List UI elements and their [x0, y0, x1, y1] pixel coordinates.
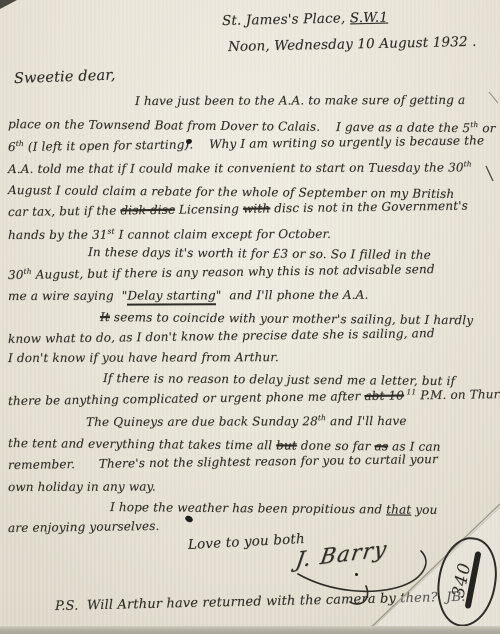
salutation: Sweetie dear, [14, 68, 116, 87]
letter-line: August I could claim a rebate for the wh… [8, 184, 454, 201]
letter-line: The Quineys are due back Sunday 28th and… [86, 414, 407, 429]
ink-blot [355, 573, 358, 576]
letter-line: A.A. told me that if I could make it con… [8, 160, 472, 176]
letter-body: St. James's Place, S.W.1Noon, Wednesday … [0, 0, 500, 634]
letter-line: In these days it's worth it for £3 or so… [88, 246, 431, 262]
letter-line: I hope the weather has been propitious a… [110, 501, 438, 517]
scan-corner-artifact [0, 0, 17, 9]
letter-line: me a wire saying "Delay starting" and I'… [8, 289, 368, 303]
date-line: Noon, Wednesday 10 August 1932 . [228, 35, 477, 55]
letter-line: are enjoying yourselves. [8, 520, 160, 535]
letter-line: If there is no reason to delay just send… [103, 372, 455, 388]
paper-bottom-edge [0, 626, 500, 634]
signature: J. Barry [294, 537, 389, 572]
letter-page: St. James's Place, S.W.1Noon, Wednesday … [0, 0, 500, 634]
letter-line: I don't know if you have heard from Arth… [8, 351, 279, 365]
postscript: P.S. Will Arthur have returned with the … [55, 591, 466, 615]
letter-line: 30th August, but if there is any reason … [8, 262, 435, 282]
valediction: Love to you both [188, 532, 305, 553]
letter-line: place on the Townsend Boat from Dover to… [8, 117, 496, 135]
address-line-1: St. James's Place, S.W.1 [222, 11, 388, 29]
letter-line: I have just been to the A.A. to make sur… [135, 94, 465, 108]
letter-line: know what to do, as I don't know the pre… [8, 327, 435, 346]
letter-line: hands by the 31st I cannot claim except … [8, 227, 331, 242]
letter-line: 6th (I left it open for starting). Why I… [8, 133, 484, 154]
letter-line: It seems to coincide with your mother's … [100, 311, 473, 327]
letter-line: the tent and everything that takes time … [8, 437, 441, 454]
letter-line: own holiday in any way. [8, 480, 156, 494]
letter-line: there be anything complicated or urgent … [8, 387, 500, 408]
letter-line: car tax, but if the disk disc Licensing … [8, 200, 468, 220]
letter-line: remember. There's not the slightest reas… [8, 453, 438, 472]
